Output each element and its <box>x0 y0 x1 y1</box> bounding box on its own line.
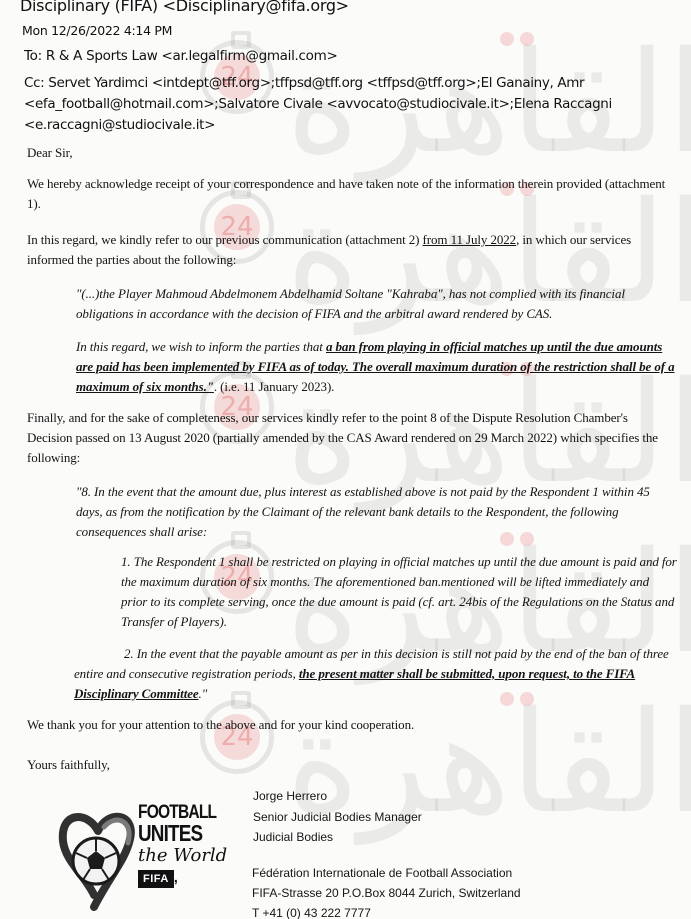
email-cc[interactable]: Cc: Servet Yardimci <intdept@tff.org>;tf… <box>24 73 684 136</box>
sub-point-2: 2. In the event that the payable amount … <box>74 644 669 704</box>
quote-point-8: "8. In the event that the amount due, pl… <box>76 482 650 542</box>
quote-player-noncompliance: "(...)the Player Mahmoud Abdelmonem Abde… <box>76 284 625 324</box>
signer-department: Judicial Bodies <box>253 830 333 844</box>
paragraph-acknowledgement: We hereby acknowledge receipt of your co… <box>27 174 691 214</box>
date-reference-link: from 11 July 2022 <box>423 232 517 247</box>
fifa-badge: FIFA <box>138 870 174 888</box>
signer-title: Senior Judicial Bodies Manager <box>253 810 422 824</box>
email-recipient[interactable]: To: R & A Sports Law <ar.legalfirm@gmail… <box>24 48 338 64</box>
watermark-dots <box>500 32 534 46</box>
paragraph-dispute-chamber: Finally, and for the sake of completenes… <box>27 408 658 468</box>
quote-ban-notice: In this regard, we wish to inform the pa… <box>76 337 675 397</box>
logo-wordmark: FOOTBALL UNITES the World FIFA, <box>138 803 233 888</box>
stopwatch-icon: 24 <box>200 700 274 774</box>
closing-line: Yours faithfully, <box>27 755 110 775</box>
email-sender[interactable]: Disciplinary (FIFA) <Disciplinary@fifa.o… <box>20 0 349 15</box>
organization-name: Fédération Internationale de Football As… <box>252 866 512 880</box>
organization-address: FIFA-Strasse 20 P.O.Box 8044 Zurich, Swi… <box>252 886 521 900</box>
salutation: Dear Sir, <box>27 143 73 163</box>
paragraph-reference: In this regard, we kindly refer to our p… <box>27 230 631 270</box>
football-unites-the-world-logo: FOOTBALL UNITES the World FIFA, <box>58 803 218 913</box>
email-date: Mon 12/26/2022 4:14 PM <box>22 23 172 38</box>
signer-name: Jorge Herrero <box>253 789 327 803</box>
heart-football-icon <box>58 803 138 913</box>
thanks-line: We thank you for your attention to the a… <box>27 715 414 735</box>
sub-point-1: 1. The Respondent 1 shall be restricted … <box>121 552 677 632</box>
organization-phone: T +41 (0) 43 222 7777 <box>252 906 371 919</box>
